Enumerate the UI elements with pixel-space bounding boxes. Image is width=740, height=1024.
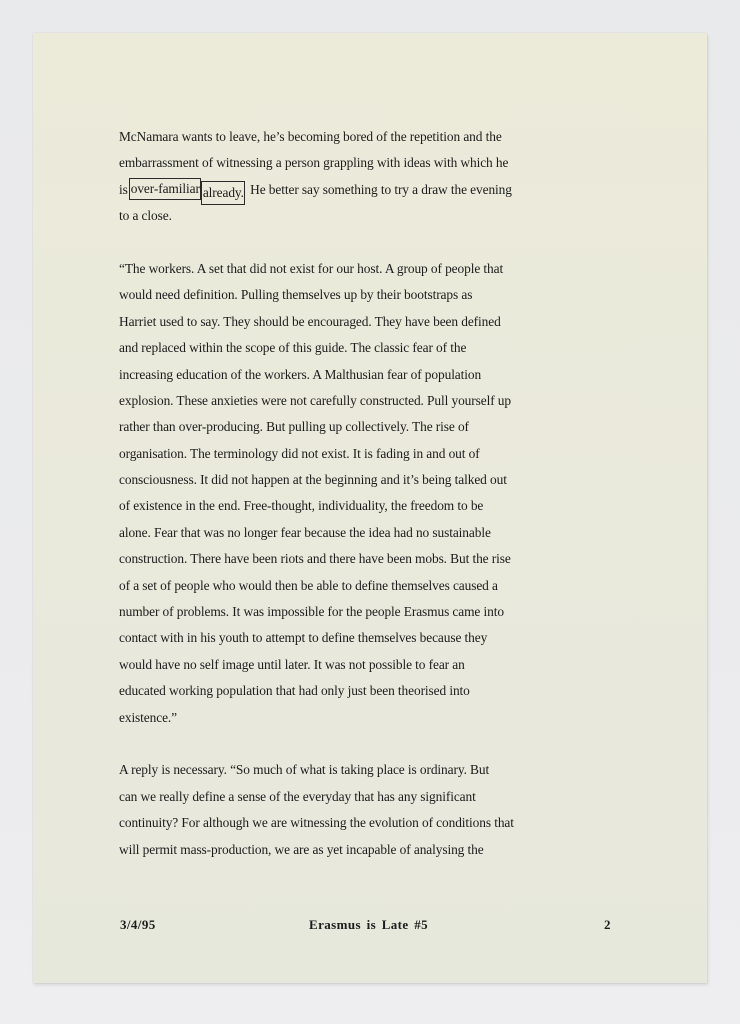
- body-text: McNamara wants to leave, he’s becoming b…: [119, 124, 559, 863]
- paper-page: McNamara wants to leave, he’s becoming b…: [33, 33, 707, 983]
- text-line: will permit mass-production, we are as y…: [119, 837, 559, 863]
- hand-drawn-box-annotation: already.: [201, 181, 245, 205]
- footer-title: Erasmus is Late #5: [309, 917, 428, 933]
- text-line: alone. Fear that was no longer fear beca…: [119, 520, 559, 546]
- text-line: “The workers. A set that did not exist f…: [119, 256, 559, 282]
- text-line: educated working population that had onl…: [119, 678, 559, 704]
- text-line: contact with in his youth to attempt to …: [119, 625, 559, 651]
- text-line: rather than over-producing. But pulling …: [119, 414, 559, 440]
- paragraph-gap: [119, 230, 559, 256]
- text-line: increasing education of the workers. A M…: [119, 362, 559, 388]
- text-line: McNamara wants to leave, he’s becoming b…: [119, 124, 559, 150]
- text-line: Harriet used to say. They should be enco…: [119, 309, 559, 335]
- paragraph-2: “The workers. A set that did not exist f…: [119, 256, 559, 731]
- text-line: number of problems. It was impossible fo…: [119, 599, 559, 625]
- text-line: consciousness. It did not happen at the …: [119, 467, 559, 493]
- text-line: embarrassment of witnessing a person gra…: [119, 150, 559, 176]
- page-number: 2: [604, 917, 611, 933]
- text-line: and replaced within the scope of this gu…: [119, 335, 559, 361]
- paragraph-gap: [119, 731, 559, 757]
- text-line: would have no self image until later. It…: [119, 652, 559, 678]
- text-line: existence.”: [119, 705, 559, 731]
- text-line: can we really define a sense of the ever…: [119, 784, 559, 810]
- text-line: of a set of people who would then be abl…: [119, 573, 559, 599]
- text-line: organisation. The terminology did not ex…: [119, 441, 559, 467]
- text-line: explosion. These anxieties were not care…: [119, 388, 559, 414]
- text-line: A reply is necessary. “So much of what i…: [119, 757, 559, 783]
- text-fragment: is: [119, 182, 128, 197]
- paragraph-3: A reply is necessary. “So much of what i…: [119, 757, 559, 863]
- text-line: of existence in the end. Free-thought, i…: [119, 493, 559, 519]
- text-line: continuity? For although we are witnessi…: [119, 810, 559, 836]
- text-line: construction. There have been riots and …: [119, 546, 559, 572]
- paragraph-1: McNamara wants to leave, he’s becoming b…: [119, 124, 559, 230]
- footer-date: 3/4/95: [120, 917, 156, 933]
- text-line-annotated: isover-familiaralready. He better say so…: [119, 177, 559, 203]
- text-line: to a close.: [119, 203, 559, 229]
- text-fragment: He better say something to try a draw th…: [247, 182, 512, 197]
- hand-drawn-box-annotation: over-familiar: [129, 178, 201, 200]
- text-line: would need definition. Pulling themselve…: [119, 282, 559, 308]
